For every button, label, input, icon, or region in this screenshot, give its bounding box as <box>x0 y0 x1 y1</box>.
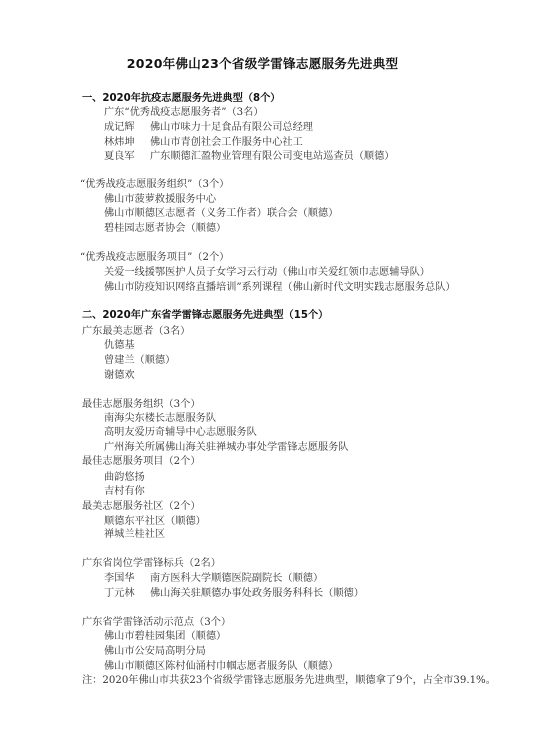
list-item: 碧桂园志愿者协会（顺德） <box>104 222 226 235</box>
list-item: 曾建兰（顺德） <box>104 354 175 367</box>
person-name: 李国华 <box>104 572 150 585</box>
group-label: 最佳志愿服务组织（3个） <box>82 398 201 411</box>
person-name: 林炜坤 <box>104 136 150 149</box>
person-name: 成记辉 <box>104 121 150 134</box>
person-role: 佛山市青创社会工作服务中心社工 <box>150 137 303 148</box>
footnote: 注：2020年佛山市共获23个省级学雷锋志愿服务先进典型，顺德拿了9个，占全市3… <box>82 674 496 687</box>
group-label: 广东省学雷锋活动示范点（3个） <box>82 616 231 629</box>
list-item: 夏良军广东顺德汇盈物业管理有限公司变电站巡查员（顺德） <box>104 150 395 163</box>
group-label: 广东“优秀战疫志愿服务者”（3名） <box>104 106 264 119</box>
list-item: 谢德欢 <box>104 369 135 382</box>
list-item: 李国华南方医科大学顺德医院副院长（顺德） <box>104 572 323 585</box>
document-title: 2020年佛山23个省级学雷锋志愿服务先进典型 <box>0 54 525 72</box>
list-item: 吉村有你 <box>104 485 145 498</box>
group-label: “优秀战疫志愿服务项目”（2个） <box>80 251 229 264</box>
section-2-heading: 二、2020年广东省学雷锋志愿服务先进典型（15个） <box>82 309 328 322</box>
person-role: 佛山市味力十足食品有限公司总经理 <box>150 122 313 133</box>
list-item: 佛山市顺德区志愿者（义务工作者）联合会（顺德） <box>104 207 338 220</box>
list-item: 关爱一线援鄂医护人员子女学习云行动（佛山市关爱红领巾志愿辅导队） <box>104 266 430 279</box>
group-label: “优秀战疫志愿服务组织”（3个） <box>80 178 229 191</box>
list-item: 曲韵悠扬 <box>104 471 145 484</box>
person-role: 南方医科大学顺德医院副院长（顺德） <box>150 573 323 584</box>
list-item: 高明友爱历奇辅导中心志愿服务队 <box>104 426 257 439</box>
section-1-heading: 一、2020年抗疫志愿服务先进典型（8个） <box>82 92 280 105</box>
person-role: 佛山海关驻顺德办事处政务服务科科长（顺德） <box>150 588 364 599</box>
list-item: 佛山市顺德区陈村仙涌村巾帼志愿者服务队（顺德） <box>104 660 338 673</box>
list-item: 佛山市公安局高明分局 <box>104 645 206 658</box>
person-name: 夏良军 <box>104 150 150 163</box>
group-label: 广东最美志愿者（3名） <box>82 325 190 338</box>
list-item: 成记辉佛山市味力十足食品有限公司总经理 <box>104 121 313 134</box>
list-item: 仇德基 <box>104 339 135 352</box>
group-label: 最美志愿服务社区（2个） <box>82 500 201 513</box>
list-item: 南海尖东楼长志愿服务队 <box>104 412 216 425</box>
list-item: 佛山市菠萝救援服务中心 <box>104 193 216 206</box>
person-role: 广东顺德汇盈物业管理有限公司变电站巡查员（顺德） <box>150 151 395 162</box>
list-item: 禅城兰桂社区 <box>104 528 165 541</box>
list-item: 丁元林佛山海关驻顺德办事处政务服务科科长（顺德） <box>104 587 364 600</box>
list-item: 林炜坤佛山市青创社会工作服务中心社工 <box>104 136 303 149</box>
list-item: 佛山市防疫知识网络直播培训”系列课程（佛山新时代文明实践志愿服务总队） <box>104 281 456 294</box>
group-label: 广东省岗位学雷锋标兵（2名） <box>82 557 221 570</box>
list-item: 顺德东平社区（顺德） <box>104 515 206 528</box>
person-name: 丁元林 <box>104 587 150 600</box>
list-item: 广州海关所属佛山海关驻禅城办事处学雷锋志愿服务队 <box>104 441 349 454</box>
group-label: 最佳志愿服务项目（2个） <box>82 455 201 468</box>
list-item: 佛山市碧桂园集团（顺德） <box>104 630 226 643</box>
